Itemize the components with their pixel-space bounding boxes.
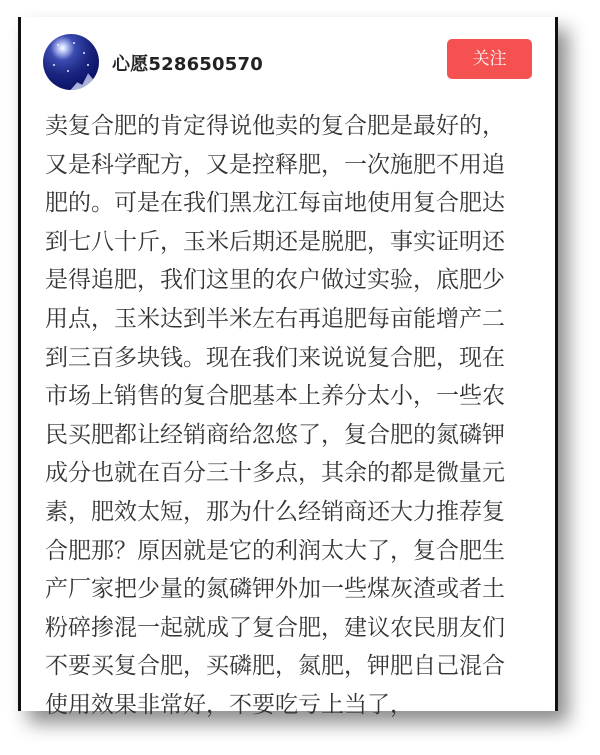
post-line: 民买肥都让经销商给忽悠了，复合肥的氮磷钾 [45,416,545,455]
post-line: 市场上销售的复合肥基本上养分太小，一些农 [45,377,545,416]
post-body: 卖复合肥的肯定得说他卖的复合肥是最好的， 又是科学配方，又是控释肥，一次施肥不用… [45,107,545,725]
post-line: 产厂家把少量的氮磷钾外加一些煤灰渣或者土 [45,570,545,609]
avatar[interactable] [43,34,99,90]
post-line: 是得追肥，我们这里的农户做过实验，底肥少 [45,261,545,300]
follow-button[interactable]: 关注 [447,39,532,79]
star-icon [57,44,59,46]
post-line: 肥的。可是在我们黑龙江每亩地使用复合肥达 [45,184,545,223]
post-line: 不要买复合肥，买磷肥，氮肥，钾肥自己混合 [45,647,545,686]
post-line: 到三百多块钱。现在我们来说说复合肥，现在 [45,339,545,378]
post-line: 粉碎掺混一起就成了复合肥，建议农民朋友们 [45,609,545,648]
post-line: 卖复合肥的肯定得说他卖的复合肥是最好的， [45,107,545,146]
post-line: 成分也就在百分三十多点，其余的都是微量元 [45,454,545,493]
post-line: 素，肥效太短，那为什么经销商还大力推荐复 [45,493,545,532]
post-header: 心愿528650570 关注 [21,17,555,107]
star-icon [67,70,69,72]
post-line: 用点，玉米达到半米左右再追肥每亩能增产二 [45,300,545,339]
star-icon [83,52,85,54]
post-line: 合肥那？原因就是它的利润太大了，复合肥生 [45,532,545,571]
mountain-icon [67,68,99,90]
post-line: 使用效果非常好，不要吃亏上当了， [45,686,545,725]
post-line: 到七八十斤，玉米后期还是脱肥，事实证明还 [45,223,545,262]
star-icon [87,64,89,66]
post-card: 心愿528650570 关注 卖复合肥的肯定得说他卖的复合肥是最好的， 又是科学… [18,17,558,711]
username[interactable]: 心愿528650570 [112,50,263,76]
star-icon [53,64,55,66]
post-line: 又是科学配方，又是控释肥，一次施肥不用追 [45,146,545,185]
star-icon [73,42,75,44]
